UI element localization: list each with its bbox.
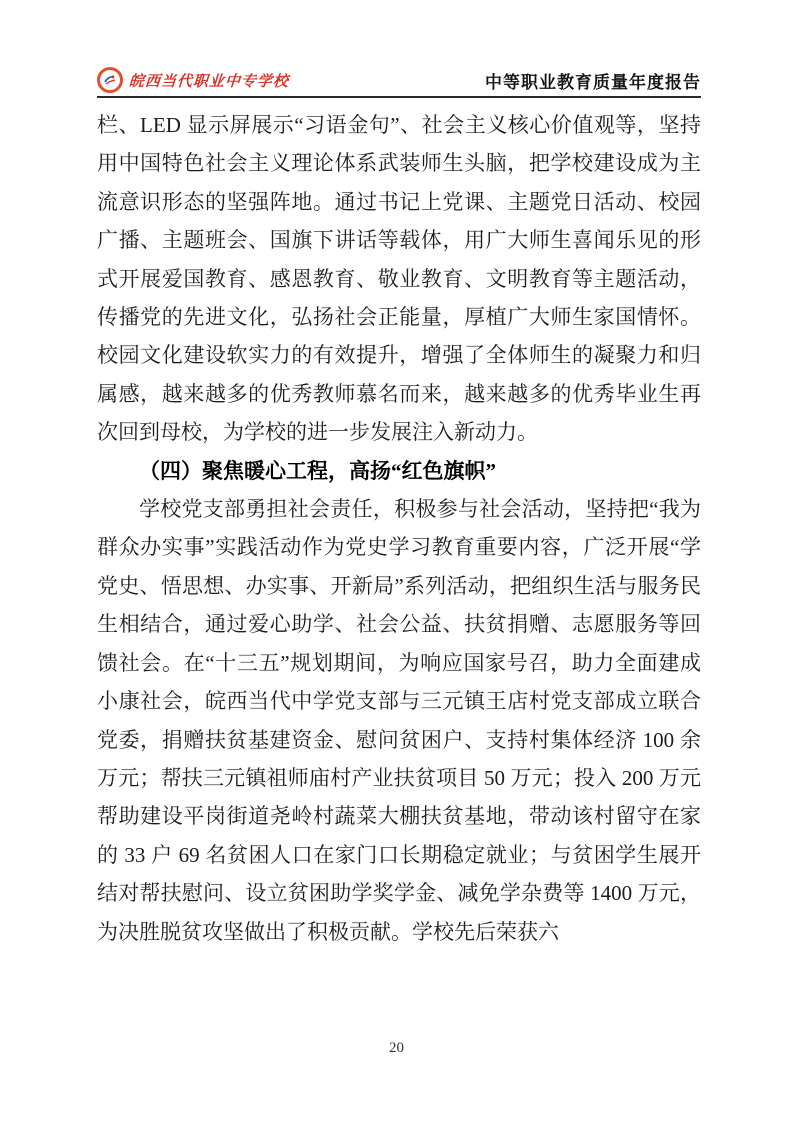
paragraph-2: 学校党支部勇担社会责任，积极参与社会活动，坚持把“我为群众办实事”实践活动作为党…: [97, 490, 701, 951]
school-emblem-icon: [97, 67, 123, 93]
header-school-brand: 皖西当代职业中专学校: [97, 67, 289, 93]
page-number: 20: [0, 1040, 793, 1057]
school-name-text: 皖西当代职业中专学校: [128, 70, 289, 91]
document-body: 栏、LED 显示屏展示“习语金句”、社会主义核心价值观等，坚持用中国特色社会主义…: [97, 106, 701, 951]
section-heading: （四）聚焦暖心工程，高扬“红色旗帜”: [97, 452, 701, 490]
page-header: 皖西当代职业中专学校 中等职业教育质量年度报告: [97, 58, 701, 98]
paragraph-continued: 栏、LED 显示屏展示“习语金句”、社会主义核心价值观等，坚持用中国特色社会主义…: [97, 106, 701, 452]
report-title-text: 中等职业教育质量年度报告: [485, 68, 701, 93]
report-page: 皖西当代职业中专学校 中等职业教育质量年度报告 栏、LED 显示屏展示“习语金句…: [0, 0, 793, 1122]
